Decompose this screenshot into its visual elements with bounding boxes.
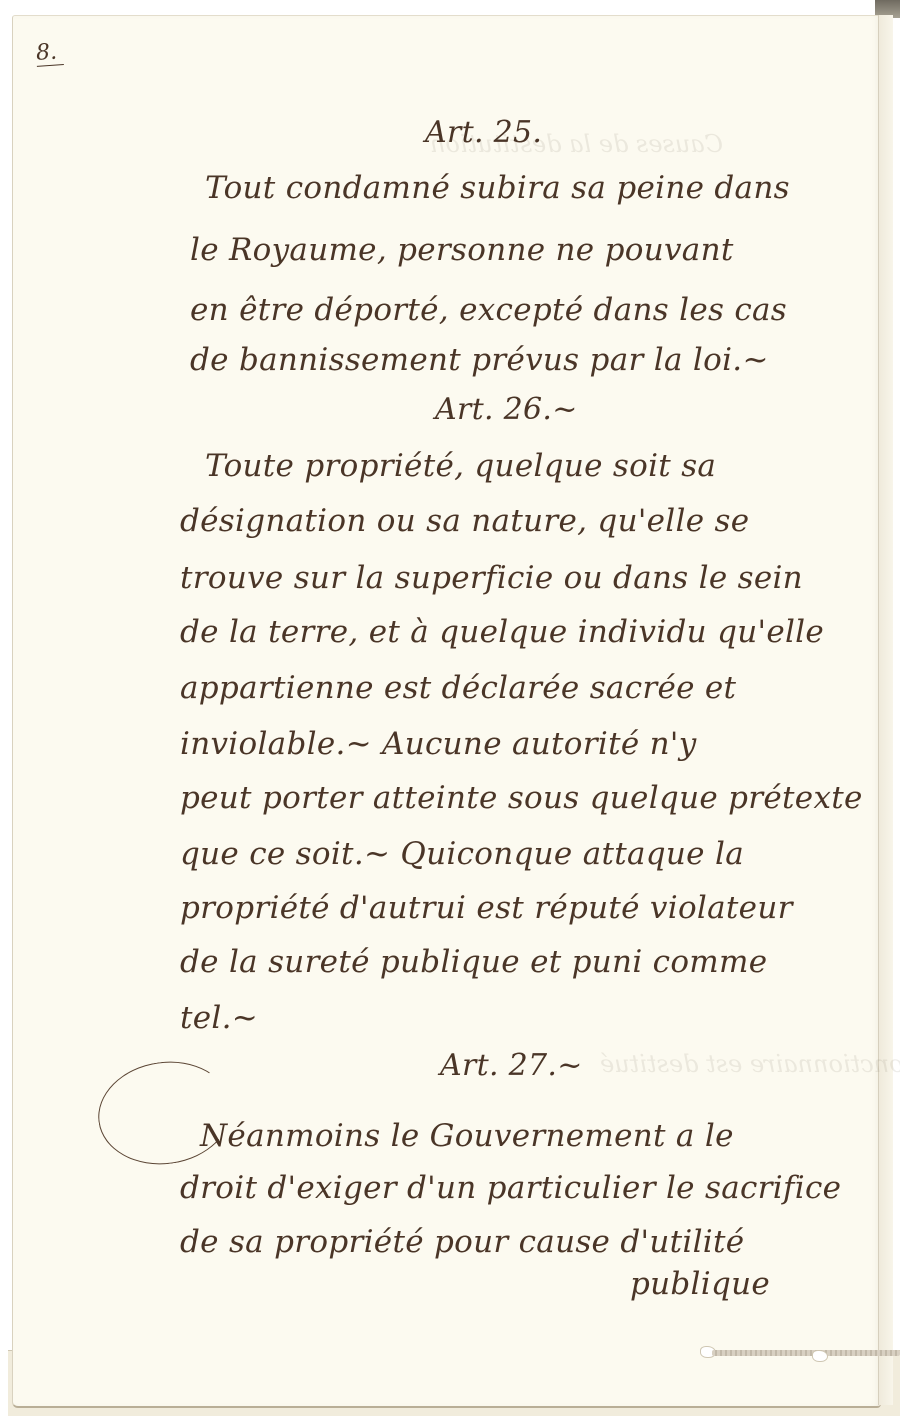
text-line: inviolable.~ Aucune autorité n'y — [180, 726, 697, 762]
text-line: de sa propriété pour cause d'utilité — [180, 1224, 744, 1260]
text-line: Néanmoins le Gouvernement a le — [200, 1118, 734, 1154]
bleed-through-text: Tout fonctionnaire est destitué — [600, 1050, 900, 1078]
article-heading-25: Art. 25. — [425, 115, 542, 150]
text-line: publique — [630, 1266, 770, 1302]
text-line: propriété d'autrui est réputé violateur — [180, 890, 793, 926]
article-heading-27: Art. 27.~ — [440, 1048, 583, 1083]
page-number: 8. — [35, 39, 64, 67]
text-line: peut porter atteinte sous quelque prétex… — [180, 780, 863, 816]
text-line: que ce soit.~ Quiconque attaque la — [180, 836, 744, 872]
text-line: de bannissement prévus par la loi.~ — [190, 342, 769, 378]
binding-string — [712, 1350, 900, 1356]
article-heading-26: Art. 26.~ — [435, 392, 578, 427]
text-line: appartienne est déclarée sacrée et — [180, 670, 736, 706]
text-line: droit d'exiger d'un particulier le sacri… — [180, 1170, 841, 1206]
binding-hole — [812, 1350, 828, 1362]
text-line: Toute propriété, quelque soit sa — [205, 448, 716, 484]
binding-edge — [878, 15, 893, 1405]
text-line: trouve sur la superficie ou dans le sein — [180, 560, 803, 596]
text-line: en être déporté, excepté dans les cas — [190, 292, 787, 328]
text-line: le Royaume, personne ne pouvant — [190, 232, 734, 268]
text-line: désignation ou sa nature, qu'elle se — [180, 503, 749, 539]
text-line: de la terre, et à quelque individu qu'el… — [180, 614, 824, 650]
text-line: Tout condamné subira sa peine dans — [205, 170, 790, 206]
text-line: de la sureté publique et puni comme — [180, 944, 767, 980]
text-line: tel.~ — [180, 1000, 258, 1036]
